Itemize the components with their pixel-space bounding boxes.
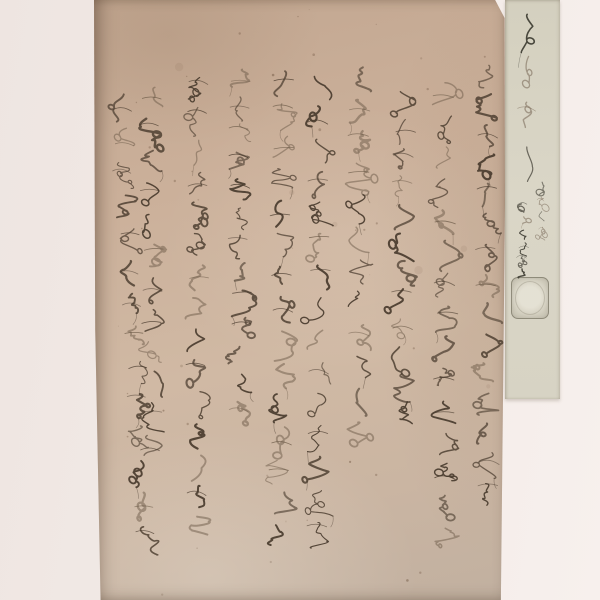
manuscript-page	[94, 0, 505, 600]
photo-background	[0, 0, 600, 600]
title-label-strip	[505, 0, 560, 399]
collector-seal	[511, 277, 549, 319]
